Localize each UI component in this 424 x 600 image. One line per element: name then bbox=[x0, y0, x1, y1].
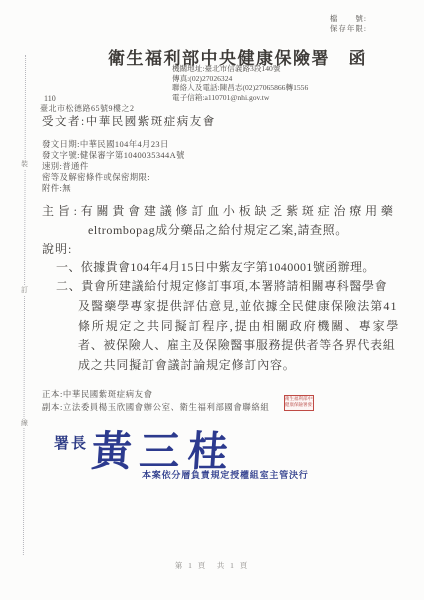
document-metadata: 發文日期:中華民國104年4月23日 發文字號:健保審字第1040035344A… bbox=[42, 139, 185, 194]
explanation-item-2-line-4: 者、被保險人、雇主及保險醫事服務提供者等各界代表組 bbox=[78, 336, 396, 353]
signer-title: 署長 bbox=[54, 432, 88, 453]
recipient-line: 受文者:中華民國紫斑症病友會 bbox=[42, 113, 216, 129]
subject-line-2: eltrombopag成分藥品之給付規定乙案,請查照。 bbox=[88, 221, 348, 238]
original-recipient: 正本:中華民國紫斑症病友會 bbox=[42, 389, 269, 402]
binding-char-xian: 線 bbox=[19, 419, 30, 428]
issue-date: 發文日期:中華民國104年4月23日 bbox=[42, 139, 185, 150]
explanation-item-2-line-3: 條所規定之共同擬訂程序,提由相關政府機關、專家學 bbox=[78, 317, 400, 334]
explanation-heading: 說明: bbox=[42, 240, 72, 257]
agency-contact-phone: 聯絡人及電話:陳昌志(02)27065866轉1556 bbox=[172, 83, 308, 93]
agency-address: 機關地址:臺北市信義路3段140號 bbox=[172, 64, 308, 74]
priority: 速別:普通件 bbox=[42, 161, 185, 172]
binding-char-zhuang: 裝 bbox=[19, 160, 30, 169]
retention-period-label: 保存年限: bbox=[330, 24, 367, 34]
agency-contact-block: 機關地址:臺北市信義路3段140號 傳真:(02)27026324 聯絡人及電話… bbox=[172, 64, 308, 102]
recipient-zip: 110 bbox=[44, 94, 56, 103]
agency-fax: 傳真:(02)27026324 bbox=[172, 74, 308, 84]
issue-number: 發文字號:健保審字第1040035344A號 bbox=[42, 150, 185, 161]
archive-labels: 檔 號: 保存年限: bbox=[330, 14, 367, 34]
binding-char-ding: 訂 bbox=[19, 286, 30, 295]
binding-dotted-line bbox=[23, 55, 26, 555]
page-number-footer: 第 1 頁 共 1 頁 bbox=[0, 560, 424, 571]
explanation-item-2-line-2: 及醫藥學專家提供評估意見,並依據全民健康保險法第41 bbox=[78, 297, 398, 314]
document-page: 裝 訂 線 檔 號: 保存年限: 衛生福利部中央健康保險署 函 機關地址:臺北市… bbox=[0, 0, 424, 600]
agency-red-stamp: 衛生福利部中央 健康保險署發文章 bbox=[284, 395, 314, 411]
attachment: 附件:無 bbox=[42, 183, 185, 194]
delegation-note: 本案依分層負責規定授權組室主管決行 bbox=[142, 468, 309, 481]
classification: 密等及解密條件或保密期限: bbox=[42, 172, 185, 183]
file-number-label: 檔 號: bbox=[330, 14, 367, 24]
explanation-item-1: 一、依據貴會104年4月15日中紫友字第1040001號函辦理。 bbox=[56, 258, 375, 275]
copies-block: 正本:中華民國紫斑症病友會 副本:立法委員楊玉欣國會辦公室、衛生福利部國會聯絡組 bbox=[42, 389, 269, 414]
explanation-item-2-line-1: 二、貴會所建議給付規定修訂事項,本署將請相關專科醫學會 bbox=[56, 277, 387, 294]
explanation-item-2-line-5: 成之共同擬訂會議討論規定修訂內容。 bbox=[78, 356, 296, 373]
agency-email: 電子信箱:a110701@nhi.gov.tw bbox=[172, 93, 308, 103]
cc-recipients: 副本:立法委員楊玉欣國會辦公室、衛生福利部國會聯絡組 bbox=[42, 402, 269, 415]
subject-line-1: 主旨:有關貴會建議修訂血小板缺乏紫斑症治療用藥 bbox=[42, 202, 397, 219]
stamp-line-2: 健康保險署發文章 bbox=[285, 402, 313, 408]
